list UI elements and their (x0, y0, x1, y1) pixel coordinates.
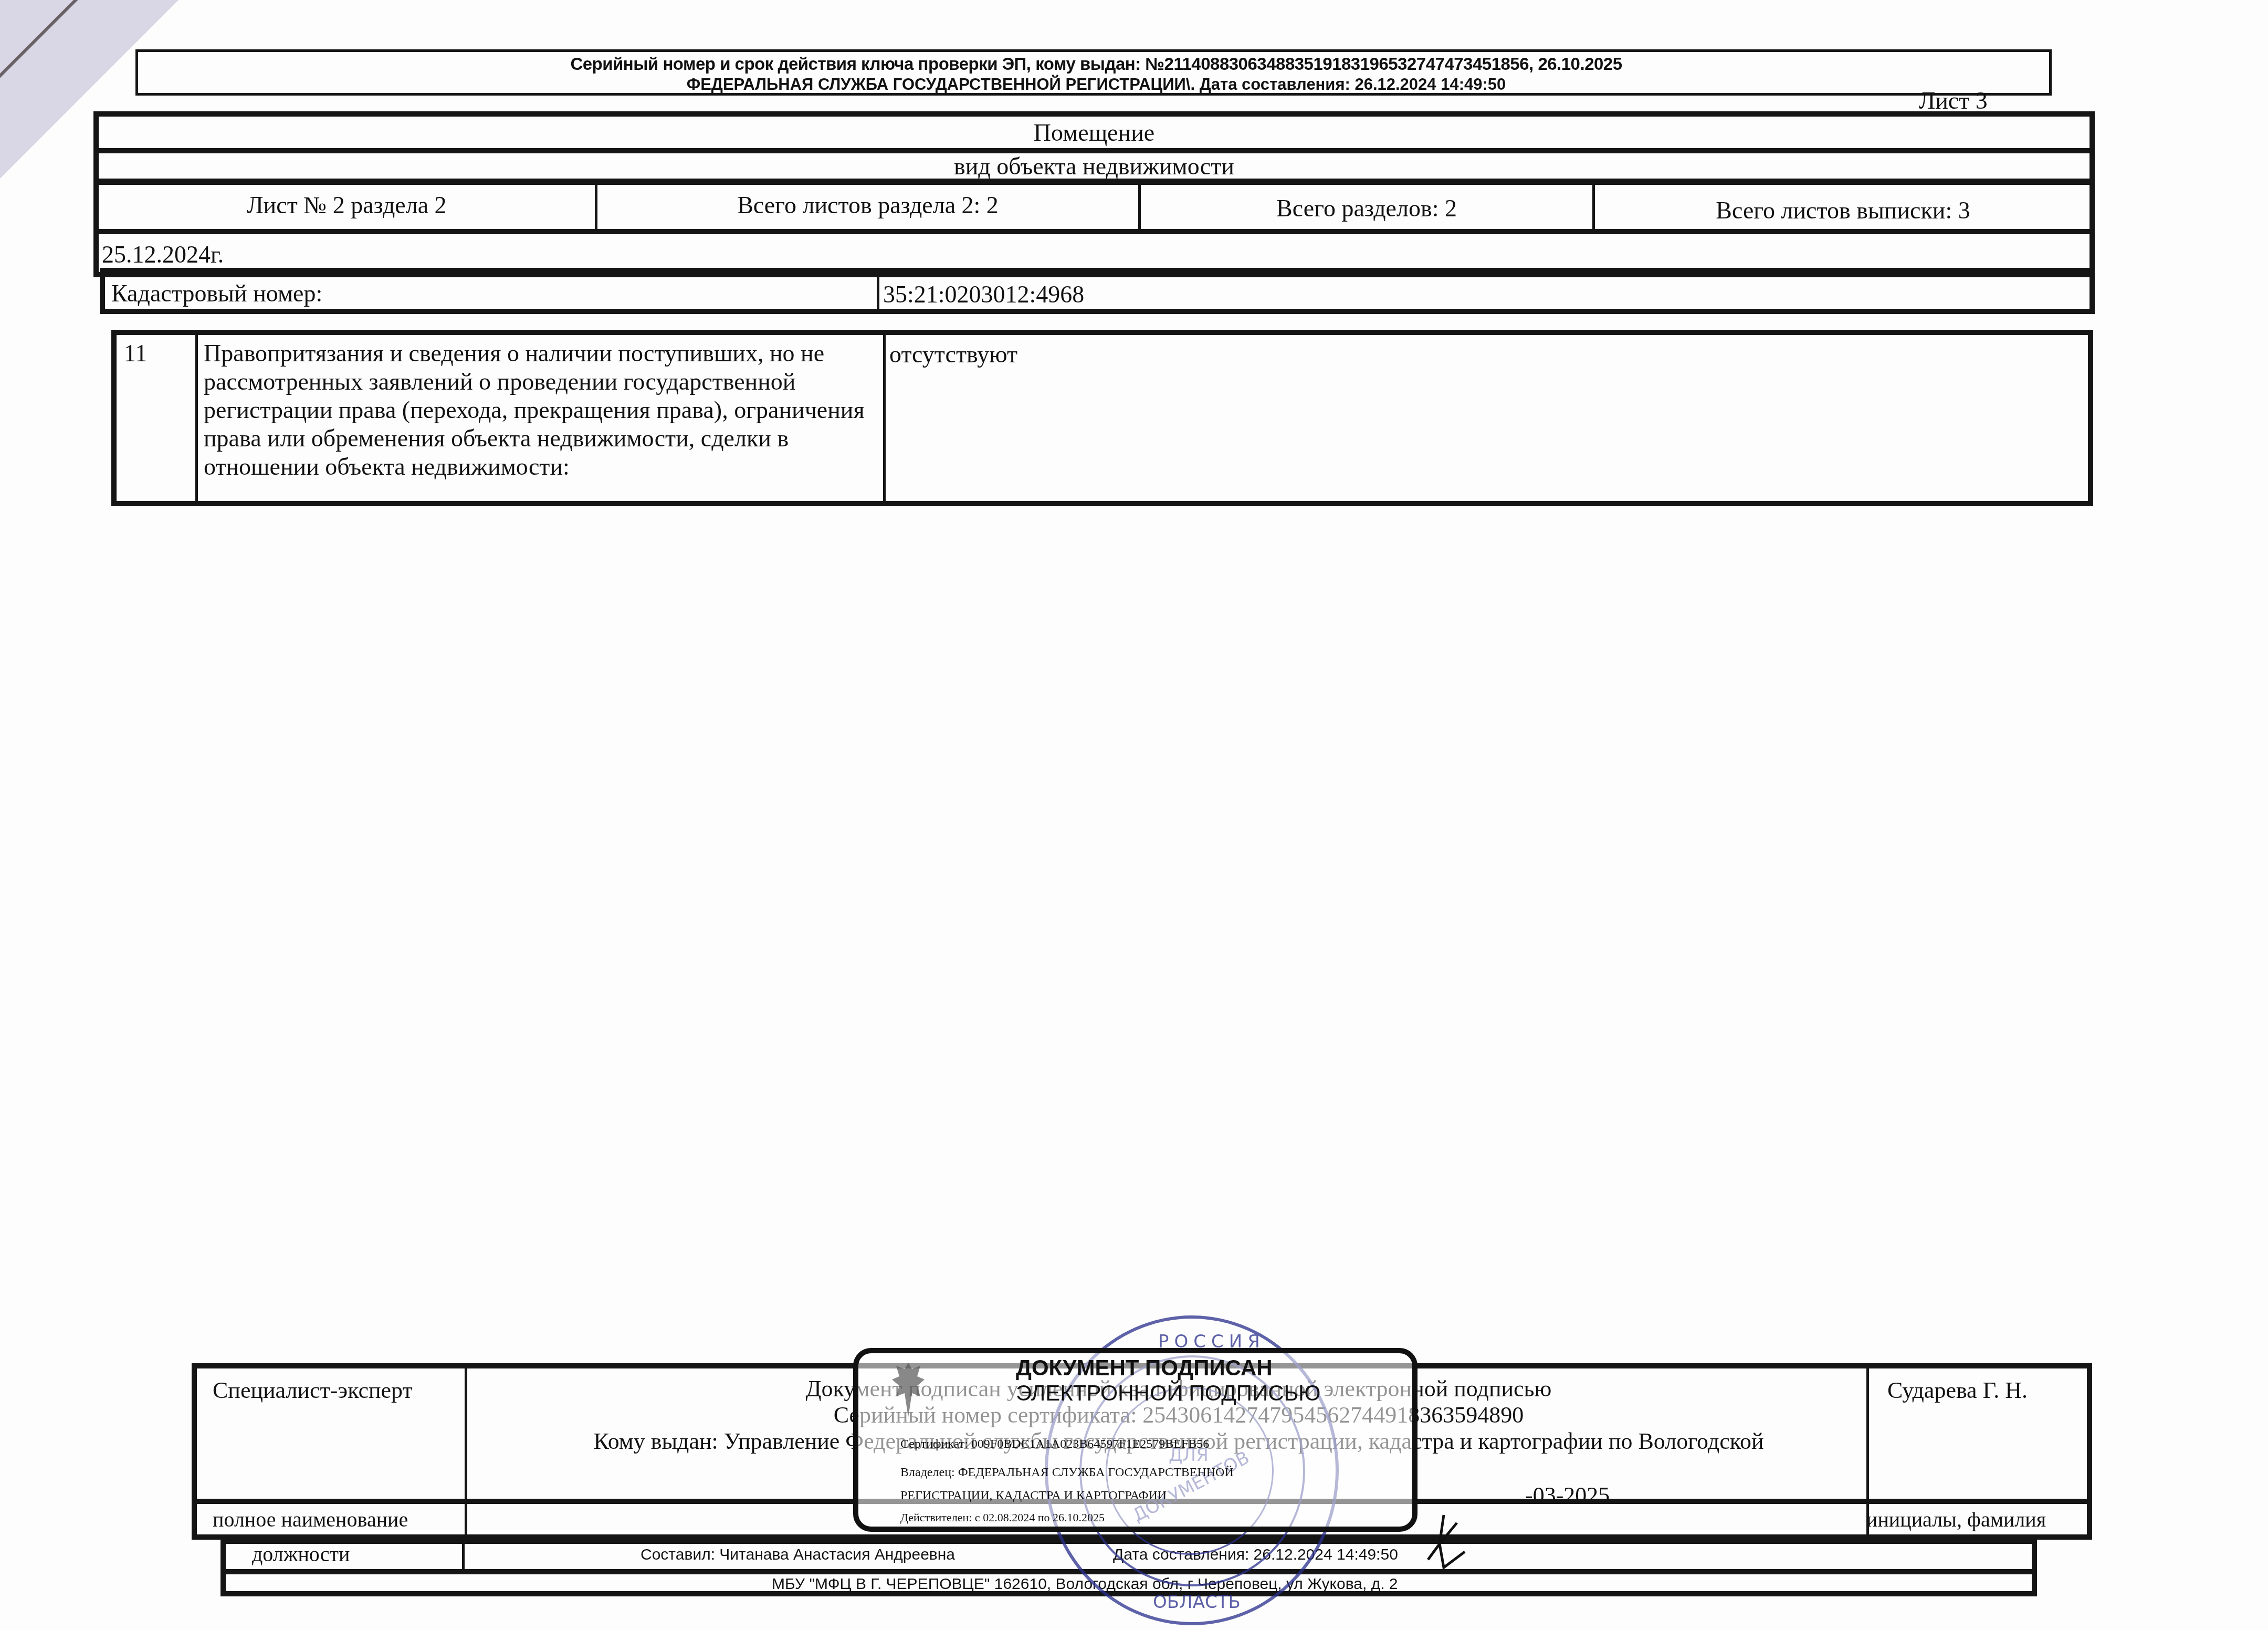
composed-by: Составил: Читанава Анастасия Андреевна (640, 1546, 955, 1564)
signer-role: Специалист-эксперт (213, 1377, 413, 1404)
extract-date: 25.12.2024г. (102, 241, 224, 268)
esig-stamp: ДОКУМЕНТ ПОДПИСАН ЭЛЕКТРОННОЙ ПОДПИСЬЮ С… (853, 1348, 1417, 1532)
esig-agency-line: ФЕДЕРАЛЬНАЯ СЛУЖБА ГОСУДАРСТВЕННОЙ РЕГИС… (138, 75, 2054, 94)
cadastral-label: Кадастровый номер: (111, 279, 322, 307)
claims-row: 11 Правопритязания и сведения о наличии … (111, 330, 2093, 506)
stamp-validity: Действителен: с 02.08.2024 по 26.10.2025 (900, 1511, 1105, 1524)
esig-banner: Серийный номер и срок действия ключа про… (135, 49, 2052, 96)
sheet-number: Лист 3 (1919, 87, 1988, 114)
seal-bottom-text: ОБЛАСТЬ (1153, 1592, 1241, 1613)
meta-sheets-in-section: Всего листов раздела 2: 2 (597, 191, 1138, 219)
eagle-emblem-icon (890, 1359, 927, 1422)
row-description: Правопритязания и сведения о наличии пос… (204, 339, 881, 481)
meta-total-sheets: Всего листов выписки: 3 (1595, 196, 2091, 224)
name-caption: инициалы, фамилия (1866, 1507, 2046, 1532)
object-kind-label: вид объекта недвижимости (99, 152, 2089, 180)
stamp-owner-line2: РЕГИСТРАЦИИ, КАДАСТРА И КАРТОГРАФИИ (900, 1489, 1167, 1503)
meta-total-sections: Всего разделов: 2 (1141, 194, 1592, 222)
cadastral-row: Кадастровый номер: 35:21:0203012:4968 (100, 268, 2095, 314)
document-page: Серийный номер и срок действия ключа про… (0, 0, 2268, 1630)
mfc-address: МБУ "МФЦ В Г. ЧЕРЕПОВЦЕ" 162610, Вологод… (772, 1575, 1398, 1593)
divider (462, 1544, 465, 1571)
divider (877, 273, 879, 309)
row-number: 11 (124, 339, 147, 367)
signer-name: Сударева Г. Н. (1887, 1377, 2028, 1404)
object-type-box: Помещение вид объекта недвижимости (93, 111, 2095, 185)
cadastral-number: 35:21:0203012:4968 (883, 280, 1084, 308)
stamp-subtitle: ЭЛЕКТРОННОЙ ПОДПИСЬЮ (1016, 1381, 1321, 1406)
divider (195, 335, 198, 501)
signature-date-fragment: -03-2025 (1525, 1482, 1610, 1509)
position-caption-2: должности (252, 1542, 350, 1566)
stamp-certificate: Сертификат: 009F0BDC1A1A023B64597F1E2579… (900, 1437, 1209, 1451)
stamp-owner-line1: Владелец: ФЕДЕРАЛЬНАЯ СЛУЖБА ГОСУДАРСТВЕ… (900, 1466, 1234, 1480)
divider (465, 1368, 467, 1534)
object-type: Помещение (99, 119, 2089, 147)
sheet-meta-row: Лист № 2 раздела 2 Всего листов раздела … (93, 179, 2095, 234)
meta-sheet-of-section: Лист № 2 раздела 2 (99, 191, 595, 219)
stamp-title: ДОКУМЕНТ ПОДПИСАН (1016, 1355, 1273, 1381)
divider (883, 335, 886, 501)
row-value: отсутствуют (889, 340, 1017, 368)
handwritten-signature-icon (1407, 1512, 1470, 1570)
esig-serial-line: Серийный номер и срок действия ключа про… (138, 54, 2054, 74)
position-caption: полное наименование (213, 1507, 408, 1532)
